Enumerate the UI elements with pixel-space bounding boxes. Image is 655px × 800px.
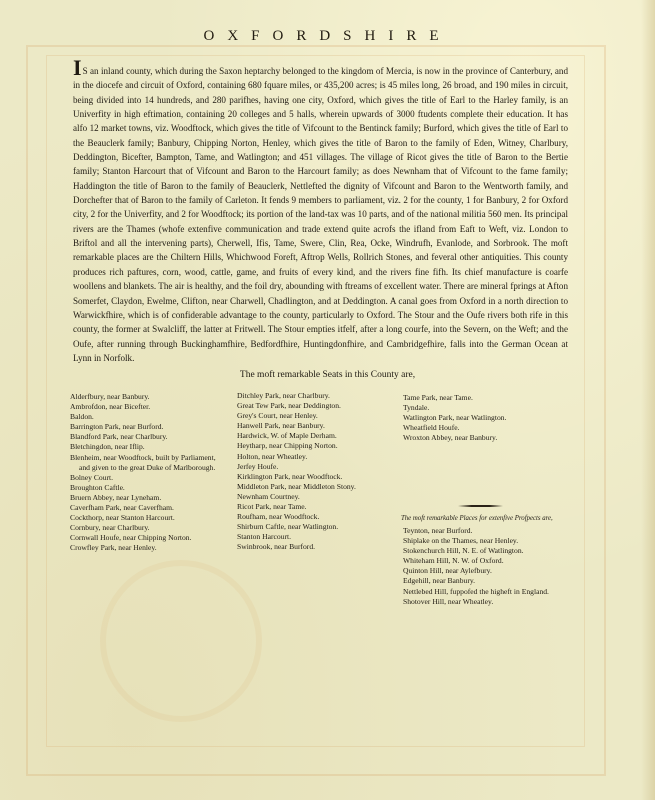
seat-item: Shirburn Caftle, near Watlington. xyxy=(237,522,407,532)
prospect-item: Shiplake on the Thames, near Henley. xyxy=(403,536,549,546)
prospect-item: Nettlebed Hill, fuppofed the higheft in … xyxy=(403,587,549,597)
seat-item: Tame Park, near Tame. xyxy=(403,393,593,403)
seat-item: Wheatfield Houfe. xyxy=(403,423,593,433)
seat-item: Bletchingdon, near Iflip. xyxy=(70,442,250,452)
prospect-item: Shotover Hill, near Wheatley. xyxy=(403,597,549,607)
prospect-item: Quinton Hill, near Aylefbury. xyxy=(403,566,549,576)
seat-item: Bolney Court. xyxy=(70,473,250,483)
prospects-heading: The moft remarkable Places for extenfive… xyxy=(401,515,553,522)
ornamental-divider xyxy=(458,505,503,507)
seat-item: Kirklington Park, near Woodftock. xyxy=(237,472,407,482)
prospect-item: Whiteham Hill, N. W. of Oxford. xyxy=(403,556,549,566)
seat-item: Ambrofdon, near Bicefter. xyxy=(70,402,250,412)
seats-heading: The moft remarkable Seats in this County… xyxy=(0,370,655,380)
prospect-item: Teynton, near Burford. xyxy=(403,526,549,536)
page-background: OXFORDSHIRE IS an inland county, which d… xyxy=(0,0,655,800)
drop-cap: I xyxy=(73,55,82,80)
seat-item: Swinbrook, near Burford. xyxy=(237,542,407,552)
seat-item: Newnham Courtney. xyxy=(237,492,407,502)
seat-item: Heytharp, near Chipping Norton. xyxy=(237,441,407,451)
seat-item: Jerfey Houfe. xyxy=(237,462,407,472)
seat-item: Cornbury, near Charlbury. xyxy=(70,523,250,533)
seat-item: Stanton Harcourt. xyxy=(237,532,407,542)
seat-item: Hanwell Park, near Banbury. xyxy=(237,421,407,431)
prospect-item: Edgehill, near Banbury. xyxy=(403,576,549,586)
seat-item: Grey's Court, near Henley. xyxy=(237,411,407,421)
description-text: S an inland county, which during the Sax… xyxy=(73,66,568,363)
seat-item: Tyndale. xyxy=(403,403,593,413)
seats-column-1: Alderfbury, near Banbury. Ambrofdon, nea… xyxy=(70,392,250,554)
seat-item: Hardwick, W. of Maple Derham. xyxy=(237,431,407,441)
seat-item: Blandford Park, near Charlbury. xyxy=(70,432,250,442)
show-through-cartouche xyxy=(100,560,262,722)
seat-item: Broughton Caftle. xyxy=(70,483,250,493)
seat-item: Alderfbury, near Banbury. xyxy=(70,392,250,402)
page-title: OXFORDSHIRE xyxy=(0,28,655,45)
seat-item: Baldon. xyxy=(70,412,250,422)
seat-item: Great Tew Park, near Deddington. xyxy=(237,401,407,411)
seat-item: Bruern Abbey, near Lyneham. xyxy=(70,493,250,503)
prospects-column: Teynton, near Burford. Shiplake on the T… xyxy=(403,526,549,607)
seat-item: Roufham, near Woodftock. xyxy=(237,512,407,522)
seat-item: Blenheim, near Woodftock, built by Parli… xyxy=(70,453,250,463)
seat-item: Watlington Park, near Watlington. xyxy=(403,413,593,423)
seat-item: Holton, near Wheatley. xyxy=(237,452,407,462)
county-description: IS an inland county, which during the Sa… xyxy=(73,63,568,365)
seat-item: Ricot Park, near Tame. xyxy=(237,502,407,512)
seat-item: Cockthorp, near Stanton Harcourt. xyxy=(70,513,250,523)
page-edge-shadow xyxy=(641,0,655,800)
seat-item: Caverfham Park, near Caverfham. xyxy=(70,503,250,513)
seat-item: Cornwall Houfe, near Chipping Norton. xyxy=(70,533,250,543)
seats-column-2: Ditchley Park, near Charlbury. Great Tew… xyxy=(237,391,407,553)
seat-item: Ditchley Park, near Charlbury. xyxy=(237,391,407,401)
seat-item: Wroxton Abbey, near Banbury. xyxy=(403,433,593,443)
seat-item: Crowfley Park, near Henley. xyxy=(70,543,250,553)
seats-column-3: Tame Park, near Tame. Tyndale. Watlingto… xyxy=(403,393,593,443)
seat-item-continuation: and given to the great Duke of Marlborou… xyxy=(70,463,250,473)
seat-item: Barrington Park, near Burford. xyxy=(70,422,250,432)
seat-item: Middleton Park, near Middleton Stony. xyxy=(237,482,407,492)
prospect-item: Stokenchurch Hill, N. E. of Watlington. xyxy=(403,546,549,556)
